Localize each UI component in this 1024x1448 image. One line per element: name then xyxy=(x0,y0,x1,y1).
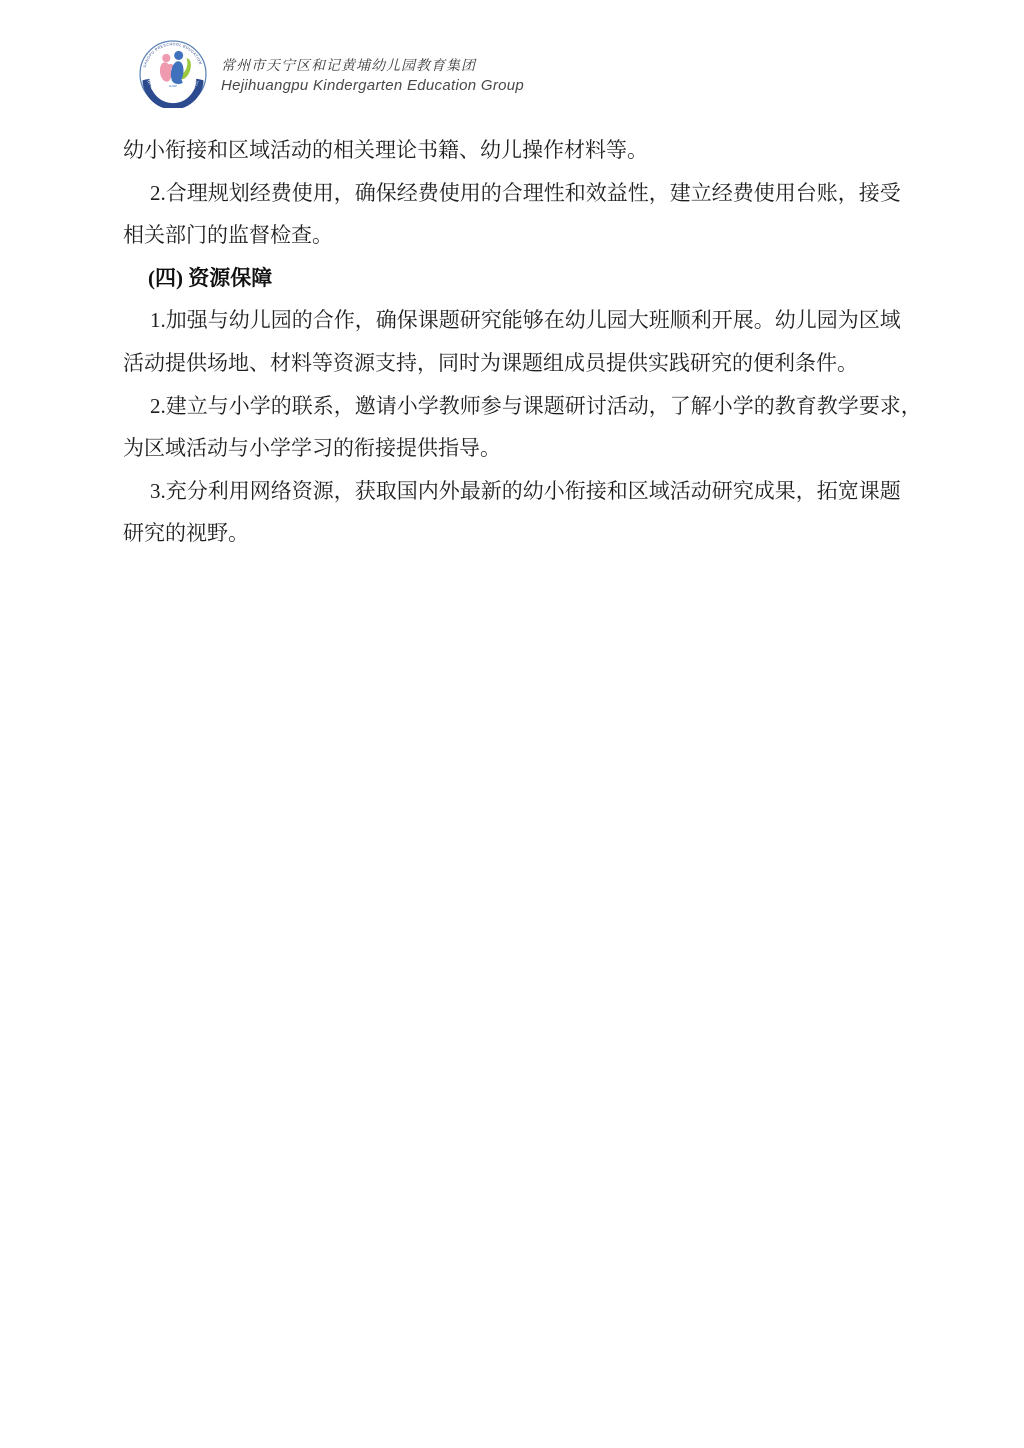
kindergarten-logo-badge-icon: HEJI HUANGPU PRESCHOOL EDUCATION GROUP 和… xyxy=(139,40,207,108)
doc-line: 2.建立与小学的联系，邀请小学教师参与课题研讨活动，了解小学的教育教学要求， xyxy=(123,385,904,428)
org-name-en: Hejihuangpu Kindergarten Education Group xyxy=(221,77,524,95)
section-heading: (四) 资源保障 xyxy=(123,257,904,300)
org-name-zh: 常州市天宁区和记黄埔幼儿园教育集团 xyxy=(221,57,524,77)
doc-line: 2.合理规划经费使用，确保经费使用的合理性和效益性，建立经费使用台账，接受 xyxy=(123,172,904,215)
doc-line: 幼小衔接和区域活动的相关理论书籍、幼儿操作材料等。 xyxy=(123,129,904,172)
doc-line: 研究的视野。 xyxy=(123,512,904,555)
document-body: 幼小衔接和区域活动的相关理论书籍、幼儿操作材料等。 2.合理规划经费使用，确保经… xyxy=(123,129,904,555)
doc-line: 为区域活动与小学学习的衔接提供指导。 xyxy=(123,427,904,470)
logo-text-block: 常州市天宁区和记黄埔幼儿园教育集团 Hejihuangpu Kindergart… xyxy=(221,40,524,95)
header-logo: HEJI HUANGPU PRESCHOOL EDUCATION GROUP 和… xyxy=(139,40,524,108)
doc-line: 3.充分利用网络资源，获取国内外最新的幼小衔接和区域活动研究成果，拓宽课题 xyxy=(123,470,904,513)
document-page: HEJI HUANGPU PRESCHOOL EDUCATION GROUP 和… xyxy=(0,0,1024,1448)
doc-line: 1.加强与幼儿园的合作，确保课题研究能够在幼儿园大班顺利开展。幼儿园为区域 xyxy=(123,299,904,342)
badge-center-text: HJHP xyxy=(169,84,177,88)
doc-line: 活动提供场地、材料等资源支持，同时为课题组成员提供实践研究的便利条件。 xyxy=(123,342,904,385)
doc-line: 相关部门的监督检查。 xyxy=(123,214,904,257)
